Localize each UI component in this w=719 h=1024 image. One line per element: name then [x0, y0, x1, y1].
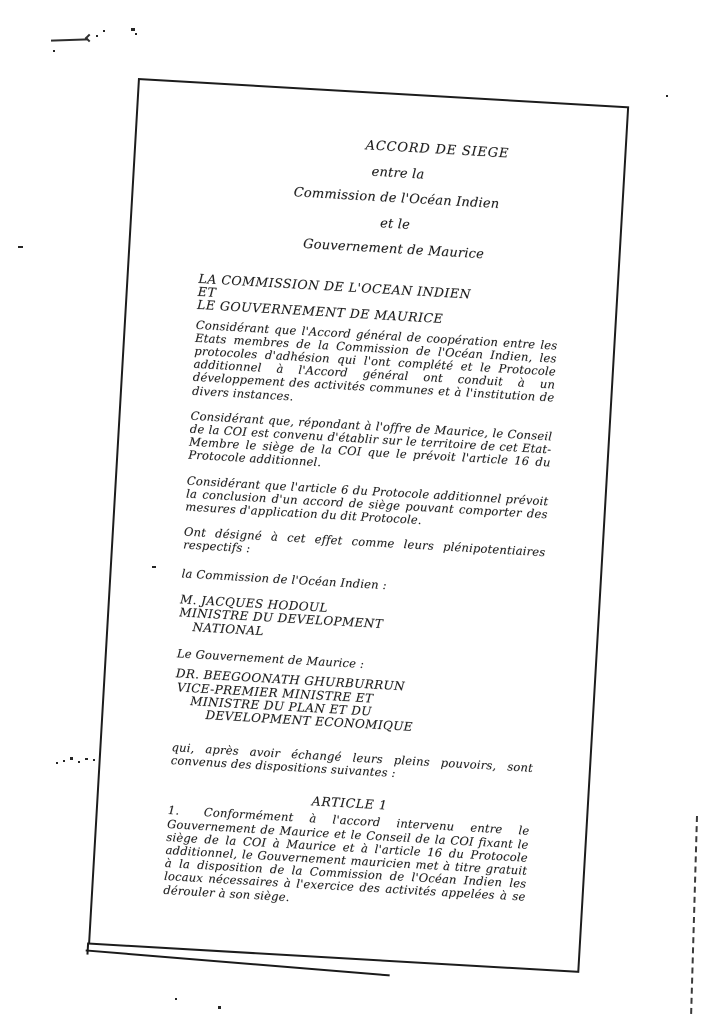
- scan-artifact-speck: [63, 760, 65, 762]
- scan-artifact-corner-stub: [86, 943, 89, 955]
- scan-artifact-speck: [96, 35, 98, 37]
- document-title-block: ACCORD DE SIEGE entre la Commission de l…: [200, 124, 569, 272]
- scan-artifact-speck: [85, 758, 88, 760]
- scan-artifact-speck: [103, 30, 105, 32]
- article-paragraph: 1.Conformément à l'accord intervenu entr…: [163, 804, 530, 917]
- scan-artifact-speck: [93, 759, 95, 761]
- scan-artifact-speck: [18, 246, 23, 248]
- scan-artifact-double-border: [86, 949, 390, 976]
- document-content: ACCORD DE SIEGE entre la Commission de l…: [163, 124, 569, 917]
- article-paragraph-text: Conformément à l'accord intervenu entre …: [163, 805, 530, 904]
- scan-artifact-speck: [666, 95, 668, 97]
- scan-artifact-speck: [56, 762, 58, 764]
- gov-delegate-block: DR. BEEGOONATH GHURBURRUN VICE-PREMIER M…: [173, 667, 537, 741]
- scanned-document-page: ACCORD DE SIEGE entre la Commission de l…: [0, 0, 719, 1024]
- scan-artifact-chevron: [85, 34, 93, 42]
- scan-artifact-squiggle: [51, 38, 88, 41]
- recital-paragraph: Considérant que l'article 6 du Protocole…: [185, 474, 549, 534]
- recital-paragraph: Considérant que l'Accord général de coop…: [192, 318, 558, 418]
- scan-artifact-speck: [53, 50, 55, 52]
- page-border-frame: ACCORD DE SIEGE entre la Commission de l…: [88, 78, 629, 973]
- recital-paragraph: Considérant que, répondant à l'offre de …: [188, 409, 552, 483]
- scan-artifact-speck: [135, 33, 137, 35]
- scan-artifact-speck: [78, 761, 80, 763]
- scan-artifact-speck: [175, 998, 177, 1000]
- scan-artifact-speck: [70, 757, 73, 760]
- scan-artifact-dashed-line: [690, 816, 698, 1014]
- designation-paragraph: Ont désigné à cet effet comme leurs plén…: [183, 526, 546, 573]
- coi-delegate-block: M. JACQUES HODOUL MINISTRE DU DEVELOPMEN…: [178, 593, 542, 654]
- scan-artifact-speck: [218, 1006, 221, 1009]
- scan-artifact-speck: [131, 28, 135, 31]
- closing-paragraph: qui, après avoir échangé leurs pleins po…: [170, 741, 533, 788]
